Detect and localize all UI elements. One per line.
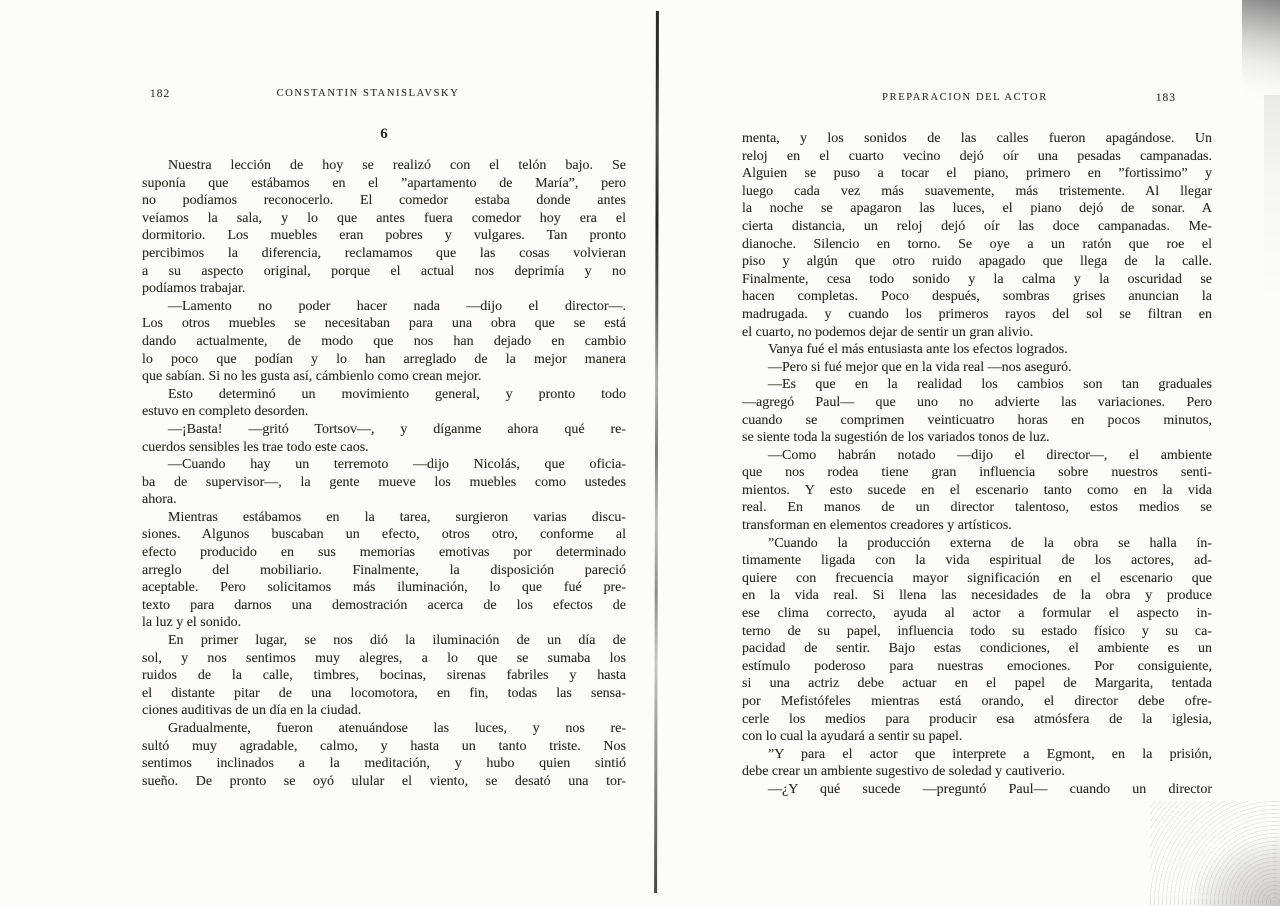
- text-line: Esto determinó un movimiento general, y …: [142, 386, 626, 404]
- text-line: Mientras estábamos en la tarea, surgiero…: [142, 509, 626, 527]
- text-line: ba de supervisor—, la gente mueve los mu…: [142, 474, 626, 492]
- text-line: cuerdos sensibles les trae todo este cao…: [142, 439, 626, 457]
- text-line: texto para darnos una demostración acerc…: [142, 597, 626, 615]
- text-line: mientos. Y esto sucede en el escenario t…: [742, 482, 1212, 500]
- text-line: —agregó Paul— que uno no advierte las va…: [742, 394, 1212, 412]
- text-line: lo poco que podían y lo han arreglado de…: [142, 351, 626, 369]
- text-line: menta, y los sonidos de las calles fuero…: [742, 130, 1212, 148]
- text-line: piso y algún que otro ruido apagado que …: [742, 253, 1212, 271]
- text-line: ciones auditivas de un día en la ciudad.: [142, 702, 626, 720]
- text-line: cerle los medios para producir esa atmós…: [742, 711, 1212, 729]
- text-line: efecto producido en sus memorias emotiva…: [142, 544, 626, 562]
- right-page-number: 183: [1156, 92, 1176, 104]
- text-line: percibimos la diferencia, reclamamos que…: [142, 245, 626, 263]
- text-line: se siente toda la sugestión de los varia…: [742, 429, 1212, 447]
- text-line: Los otros muebles se necesitaban para un…: [142, 315, 626, 333]
- text-line: aceptable. Pero solicitamos más iluminac…: [142, 579, 626, 597]
- text-line: Finalmente, cesa todo sonido y la calma …: [742, 271, 1212, 289]
- text-line: —Cuando hay un terremoto —dijo Nicolás, …: [142, 456, 626, 474]
- text-line: —Es que en la realidad los cambios son t…: [742, 376, 1212, 394]
- text-line: ruidos de la calle, timbres, bocinas, si…: [142, 667, 626, 685]
- scan-noise-bottom-right: [1150, 801, 1280, 906]
- text-line: —Como habrán notado —dijo el director—, …: [742, 447, 1212, 465]
- text-line: ahora.: [142, 491, 626, 509]
- text-line: siones. Algunos buscaban un efecto, otro…: [142, 526, 626, 544]
- text-line: debe crear un ambiente sugestivo de sole…: [742, 763, 1212, 781]
- right-page-body: menta, y los sonidos de las calles fuero…: [742, 130, 1212, 799]
- text-line: dando actualmente, de modo que nos han d…: [142, 333, 626, 351]
- text-line: Alguien se puso a tocar el piano, primer…: [742, 165, 1212, 183]
- text-line: a su aspecto original, porque el actual …: [142, 263, 626, 281]
- left-page-body: Nuestra lección de hoy se realizó con el…: [142, 157, 626, 790]
- text-line: que nos rodea tiene gran influencia sobr…: [742, 464, 1212, 482]
- text-line: sueño. De pronto se oyó ulular el viento…: [142, 773, 626, 791]
- text-line: la noche se apagaron las luces, el piano…: [742, 200, 1212, 218]
- text-line: veíamos la sala, y lo que antes fuera co…: [142, 210, 626, 228]
- text-line: si una actriz debe actuar en el papel de…: [742, 675, 1212, 693]
- right-running-header-title: PREPARACION DEL ACTOR: [730, 92, 1200, 103]
- scan-smudge-top-right: [1242, 0, 1280, 110]
- text-line: podíamos trabajar.: [142, 280, 626, 298]
- text-line: transforman en elementos creadores y art…: [742, 517, 1212, 535]
- text-line: timamente ligada con la vida espiritual …: [742, 552, 1212, 570]
- text-line: real. En manos de un director talentoso,…: [742, 499, 1212, 517]
- text-line: ese clima correcto, ayuda al actor a for…: [742, 605, 1212, 623]
- chapter-number: 6: [142, 126, 626, 144]
- text-line: no podíamos reconocerlo. El comedor esta…: [142, 192, 626, 210]
- text-line: Vanya fué el más entusiasta ante los efe…: [742, 341, 1212, 359]
- text-line: —¿Y qué sucede —preguntó Paul— cuando un…: [742, 781, 1212, 799]
- left-running-header-title: CONSTANTIN STANISLAVSKY: [126, 88, 610, 99]
- text-line: En primer lugar, se nos dió la iluminaci…: [142, 632, 626, 650]
- text-line: en la vida real. Si llena las necesidade…: [742, 587, 1212, 605]
- text-line: reloj en el cuarto vecino dejó oír una p…: [742, 148, 1212, 166]
- text-line: madrugada. y cuando los primeros rayos d…: [742, 306, 1212, 324]
- right-running-head: PREPARACION DEL ACTOR 183: [742, 92, 1212, 106]
- left-page: 182 CONSTANTIN STANISLAVSKY 6 Nuestra le…: [142, 88, 626, 790]
- text-line: que sabían. Si no les gusta así, cámbien…: [142, 368, 626, 386]
- text-line: ”Y para el actor que interprete a Egmont…: [742, 746, 1212, 764]
- text-line: con lo cual la ayudará a sentir su papel…: [742, 728, 1212, 746]
- text-line: luego cada vez más suavemente, más trist…: [742, 183, 1212, 201]
- text-line: estímulo poderoso para nuestras emocione…: [742, 658, 1212, 676]
- text-line: cuando se comprimen veinticuatro horas e…: [742, 412, 1212, 430]
- text-line: arreglo del mobiliario. Finalmente, la d…: [142, 562, 626, 580]
- text-line: Nuestra lección de hoy se realizó con el…: [142, 157, 626, 175]
- text-line: dianoche. Silencio en torno. Se oye a un…: [742, 236, 1212, 254]
- text-line: quiere con frecuencia mayor significació…: [742, 570, 1212, 588]
- text-line: el cuarto, no podemos dejar de sentir un…: [742, 324, 1212, 342]
- text-line: dormitorio. Los muebles eran pobres y vu…: [142, 227, 626, 245]
- text-line: suponía que estábamos en el ”apartamento…: [142, 175, 626, 193]
- text-line: sentimos inclinados a la meditación, y h…: [142, 755, 626, 773]
- text-line: Gradualmente, fueron atenuándose las luc…: [142, 720, 626, 738]
- text-line: cierta distancia, un reloj dejó oír las …: [742, 218, 1212, 236]
- text-line: el distante pitar de una locomotora, en …: [142, 685, 626, 703]
- text-line: pacidad de sentir. Bajo estas condicione…: [742, 640, 1212, 658]
- text-line: estuvo en completo desorden.: [142, 403, 626, 421]
- text-line: la luz y el sonido.: [142, 614, 626, 632]
- text-line: por Mefistófeles mientras está orando, e…: [742, 693, 1212, 711]
- text-line: —Lamento no poder hacer nada —dijo el di…: [142, 298, 626, 316]
- text-line: sultó muy agradable, calmo, y hasta un t…: [142, 738, 626, 756]
- text-line: —Pero si fué mejor que en la vida real —…: [742, 359, 1212, 377]
- text-line: —¡Basta! —gritó Tortsov—, y díganme ahor…: [142, 421, 626, 439]
- right-page: PREPARACION DEL ACTOR 183 menta, y los s…: [742, 92, 1212, 799]
- text-line: hacen completas. Poco después, sombras g…: [742, 288, 1212, 306]
- text-line: terno de su papel, influencia todo su es…: [742, 623, 1212, 641]
- left-running-head: 182 CONSTANTIN STANISLAVSKY: [142, 88, 626, 102]
- scan-streak-right-edge: [1264, 95, 1280, 305]
- text-line: sol, y nos sentimos muy alegres, a lo qu…: [142, 650, 626, 668]
- book-scan: 182 CONSTANTIN STANISLAVSKY 6 Nuestra le…: [0, 0, 1280, 906]
- text-line: ”Cuando la producción externa de la obra…: [742, 535, 1212, 553]
- book-gutter-line: [654, 11, 659, 893]
